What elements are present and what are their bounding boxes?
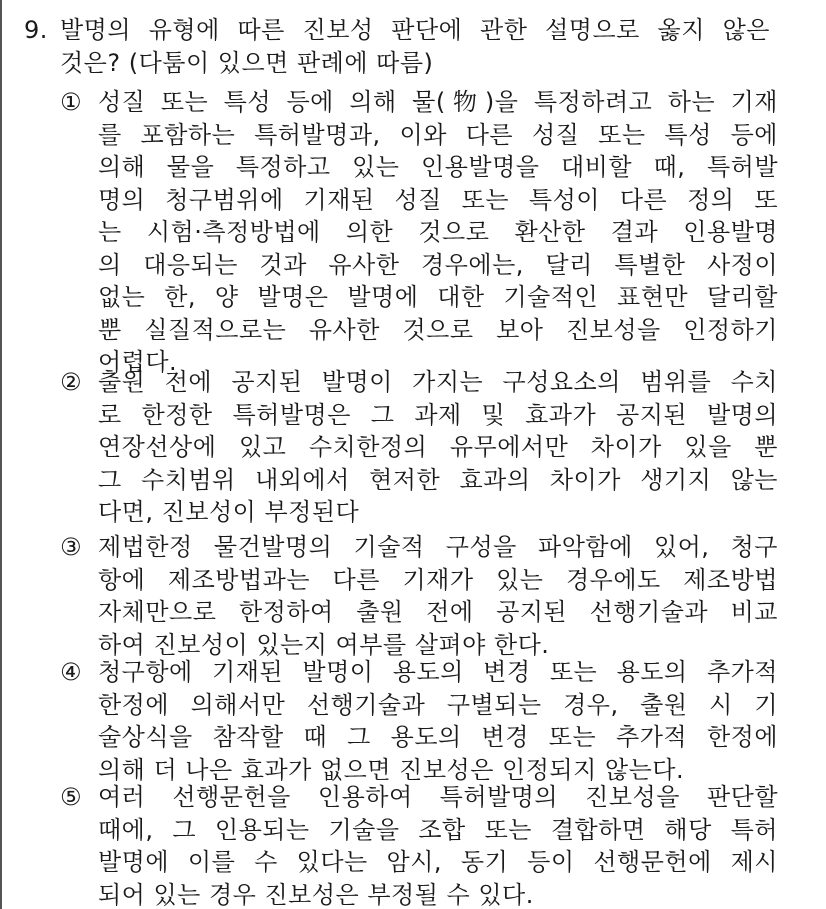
question-text-line: 발명의 유형에 따른 진보성 판단에 관한 설명으로 옳지 않은 [60, 14, 770, 47]
option-line: 다면, 진보성이 부정된다 [98, 496, 778, 529]
option-5-marker[interactable]: ⑤ [60, 781, 94, 814]
option-line: 의해 물을 특정하고 있는 인용발명을 대비할 때, 특허발 [98, 151, 778, 184]
question-text-line: 것은? (다툼이 있으면 판례에 따름) [60, 47, 770, 80]
option-1-marker[interactable]: ① [60, 86, 94, 119]
option-line: 없는 한, 양 발명은 발명에 대한 기술적인 표현만 달리할 [98, 281, 778, 314]
option-2-block: ② 출원 전에 공지된 발명이 가지는 구성요소의 범위를 수치 로 한정한 특… [60, 366, 790, 529]
option-line: 로 한정한 특허발명은 그 과제 및 효과가 공지된 발명의 [98, 399, 778, 432]
option-line: 그 수치범위 내외에서 현저한 효과의 차이가 생기지 않는 [98, 464, 778, 497]
option-1-text: 성질 또는 특성 등에 의해 물(物)을 특정하려고 하는 기재 를 포함하는 … [98, 86, 778, 379]
question-frame: 9. 발명의 유형에 따른 진보성 판단에 관한 설명으로 옳지 않은 것은? … [0, 0, 826, 909]
option-2[interactable]: ② 출원 전에 공지된 발명이 가지는 구성요소의 범위를 수치 로 한정한 특… [60, 366, 790, 529]
option-line: 뿐 실질적으로는 유사한 것으로 보아 진보성을 인정하기 [98, 314, 778, 347]
option-4-text: 청구항에 기재된 발명이 용도의 변경 또는 용도의 추가적 한정에 의해서만 … [98, 656, 778, 786]
option-line: 자체만으로 한정하여 출원 전에 공지된 선행기술과 비교 [98, 596, 778, 629]
option-line: 출원 전에 공지된 발명이 가지는 구성요소의 범위를 수치 [98, 366, 778, 399]
option-line: 되어 있는 경우 진보성은 부정될 수 있다. [98, 879, 778, 909]
option-2-text: 출원 전에 공지된 발명이 가지는 구성요소의 범위를 수치 로 한정한 특허발… [98, 366, 778, 529]
option-line: 청구항에 기재된 발명이 용도의 변경 또는 용도의 추가적 [98, 656, 778, 689]
option-4-marker[interactable]: ④ [60, 656, 94, 689]
option-1[interactable]: ① 성질 또는 특성 등에 의해 물(物)을 특정하려고 하는 기재 를 포함하… [60, 86, 790, 379]
option-3-marker[interactable]: ③ [60, 531, 94, 564]
option-3[interactable]: ③ 제법한정 물건발명의 기술적 구성을 파악함에 있어, 청구 항에 제조방법… [60, 531, 790, 661]
question-text: 발명의 유형에 따른 진보성 판단에 관한 설명으로 옳지 않은 것은? (다툼… [60, 14, 770, 80]
option-line: 여러 선행문헌을 인용하여 특허발명의 진보성을 판단할 [98, 781, 778, 814]
option-line: 발명에 이를 수 있다는 암시, 동기 등이 선행문헌에 제시 [98, 846, 778, 879]
option-line: 한정에 의해서만 선행기술과 구별되는 경우, 출원 시 기 [98, 689, 778, 722]
option-3-block: ③ 제법한정 물건발명의 기술적 구성을 파악함에 있어, 청구 항에 제조방법… [60, 531, 790, 661]
option-2-marker[interactable]: ② [60, 366, 94, 399]
option-5[interactable]: ⑤ 여러 선행문헌을 인용하여 특허발명의 진보성을 판단할 때에, 그 인용되… [60, 781, 790, 909]
option-5-text: 여러 선행문헌을 인용하여 특허발명의 진보성을 판단할 때에, 그 인용되는 … [98, 781, 778, 909]
option-3-text: 제법한정 물건발명의 기술적 구성을 파악함에 있어, 청구 항에 제조방법과는… [98, 531, 778, 661]
question-number: 9. [24, 14, 48, 47]
option-line: 를 포함하는 특허발명과, 이와 다른 성질 또는 특성 등에 [98, 119, 778, 152]
option-line: 술상식을 참작할 때 그 용도의 변경 또는 추가적 한정에 [98, 721, 778, 754]
option-line: 는 시험·측정방법에 의한 것으로 환산한 결과 인용발명 [98, 216, 778, 249]
question-stem: 9. 발명의 유형에 따른 진보성 판단에 관한 설명으로 옳지 않은 것은? … [24, 14, 804, 80]
option-line: 항에 제조방법과는 다른 기재가 있는 경우에도 제조방법 [98, 564, 778, 597]
option-line: 제법한정 물건발명의 기술적 구성을 파악함에 있어, 청구 [98, 531, 778, 564]
option-line: 명의 청구범위에 기재된 성질 또는 특성이 다른 정의 또 [98, 184, 778, 217]
option-4-block: ④ 청구항에 기재된 발명이 용도의 변경 또는 용도의 추가적 한정에 의해서… [60, 656, 790, 786]
option-1-block: ① 성질 또는 특성 등에 의해 물(物)을 특정하려고 하는 기재 를 포함하… [60, 86, 790, 379]
option-5-block: ⑤ 여러 선행문헌을 인용하여 특허발명의 진보성을 판단할 때에, 그 인용되… [60, 781, 790, 909]
option-line: 때에, 그 인용되는 기술을 조합 또는 결합하면 해당 특허 [98, 814, 778, 847]
option-line: 의 대응되는 것과 유사한 경우에는, 달리 특별한 사정이 [98, 249, 778, 282]
option-line: 연장선상에 있고 수치한정의 유무에서만 차이가 있을 뿐 [98, 431, 778, 464]
option-4[interactable]: ④ 청구항에 기재된 발명이 용도의 변경 또는 용도의 추가적 한정에 의해서… [60, 656, 790, 786]
option-line: 성질 또는 특성 등에 의해 물(物)을 특정하려고 하는 기재 [98, 86, 778, 119]
